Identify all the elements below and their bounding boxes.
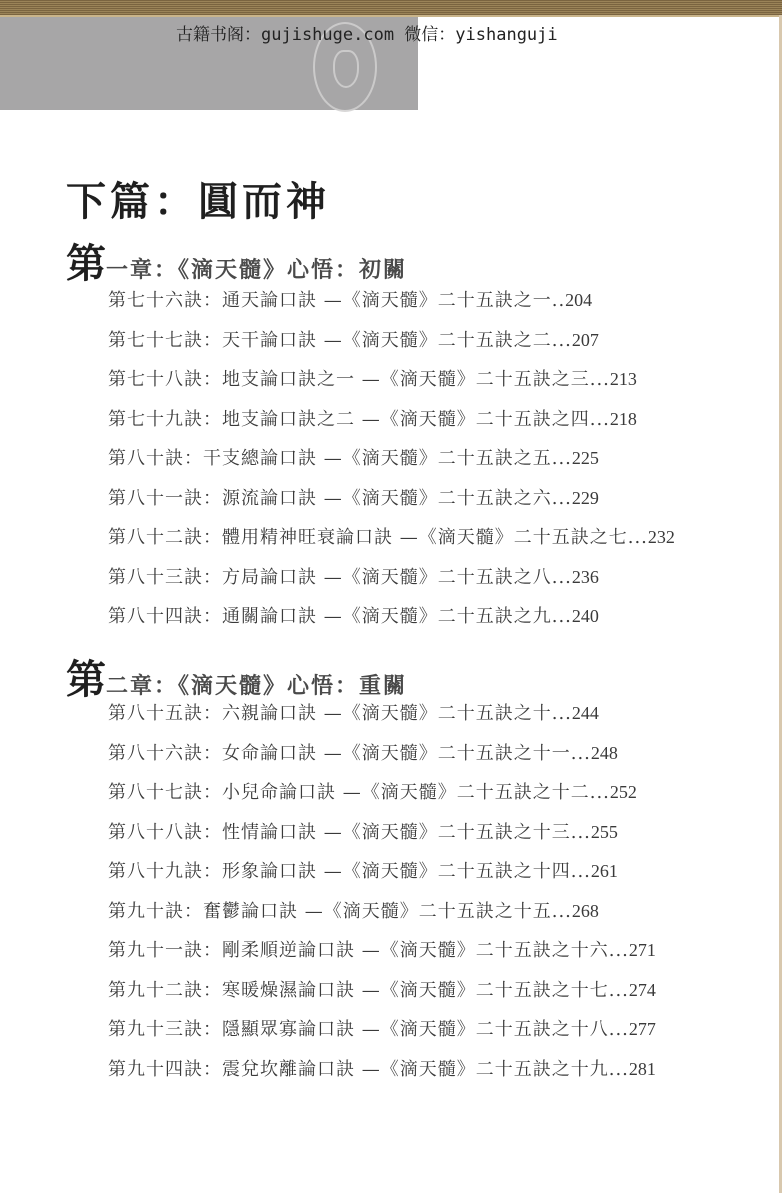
toc-entry[interactable]: 第七十六訣：通天論口訣 —《滴天髓》二十五訣之一..204 (108, 287, 675, 327)
toc-entry[interactable]: 第八十二訣：體用精神旺衰論口訣 —《滴天髓》二十五訣之七...232 (108, 524, 675, 564)
page-number: 281 (629, 1059, 656, 1079)
page-number: 277 (629, 1019, 656, 1039)
toc-entry[interactable]: 第八十四訣：通關論口訣 —《滴天髓》二十五訣之九...240 (108, 603, 675, 643)
page-number: 255 (591, 822, 618, 842)
chapter-title: 一章：《滴天髓》心悟：初關 (106, 257, 407, 283)
toc-entry[interactable]: 第九十二訣：寒暖燥濕論口訣 —《滴天髓》二十五訣之十七...274 (108, 977, 656, 1017)
toc-entry[interactable]: 第九十三訣：隱顯眾寡論口訣 —《滴天髓》二十五訣之十八...277 (108, 1016, 656, 1056)
chapter-title: 二章：《滴天髓》心悟：重關 (106, 673, 407, 699)
page-number: 274 (629, 980, 656, 1000)
toc-entry[interactable]: 第八十八訣：性情論口訣 —《滴天髓》二十五訣之十三...255 (108, 819, 656, 859)
chapter-heading: 第一章：《滴天髓》心悟：初關 (66, 232, 407, 289)
toc-entry[interactable]: 第八十五訣：六親論口訣 —《滴天髓》二十五訣之十...244 (108, 700, 656, 740)
part-title: 下篇：圓而神 (66, 170, 330, 227)
toc-entry[interactable]: 第九十訣：奮鬱論口訣 —《滴天髓》二十五訣之十五...268 (108, 898, 656, 938)
toc-list: 第七十六訣：通天論口訣 —《滴天髓》二十五訣之一..204 第七十七訣：天干論口… (108, 287, 675, 643)
page-number: 236 (572, 567, 599, 587)
toc-list: 第八十五訣：六親論口訣 —《滴天髓》二十五訣之十...244 第八十六訣：女命論… (108, 700, 656, 1095)
toc-entry[interactable]: 第八十三訣：方局論口訣 —《滴天髓》二十五訣之八...236 (108, 564, 675, 604)
chapter-heading: 第二章：《滴天髓》心悟：重關 (66, 648, 407, 705)
toc-entry[interactable]: 第八十九訣：形象論口訣 —《滴天髓》二十五訣之十四...261 (108, 858, 656, 898)
page-number: 229 (572, 488, 599, 508)
page-number: 225 (572, 448, 599, 468)
toc-entry[interactable]: 第七十九訣：地支論口訣之二 —《滴天髓》二十五訣之四...218 (108, 406, 675, 446)
top-decorative-border (0, 0, 782, 17)
page-number: 261 (591, 861, 618, 881)
page-number: 268 (572, 901, 599, 921)
page-number: 218 (610, 409, 637, 429)
toc-entry[interactable]: 第八十七訣：小兒命論口訣 —《滴天髓》二十五訣之十二...252 (108, 779, 656, 819)
toc-entry[interactable]: 第七十八訣：地支論口訣之一 —《滴天髓》二十五訣之三...213 (108, 366, 675, 406)
page-number: 244 (572, 703, 599, 723)
toc-entry[interactable]: 第九十四訣：震兌坎離論口訣 —《滴天髓》二十五訣之十九...281 (108, 1056, 656, 1096)
page-number: 240 (572, 606, 599, 626)
chapter-initial: 第 (66, 240, 106, 287)
page-number: 207 (572, 330, 599, 350)
page-number: 204 (565, 290, 592, 310)
toc-entry[interactable]: 第八十一訣：源流論口訣 —《滴天髓》二十五訣之六...229 (108, 485, 675, 525)
page-number: 252 (610, 782, 637, 802)
toc-entry[interactable]: 第八十訣：干支總論口訣 —《滴天髓》二十五訣之五...225 (108, 445, 675, 485)
toc-entry[interactable]: 第九十一訣：剛柔順逆論口訣 —《滴天髓》二十五訣之十六...271 (108, 937, 656, 977)
page-number: 232 (648, 527, 675, 547)
toc-entry[interactable]: 第七十七訣：天干論口訣 —《滴天髓》二十五訣之二...207 (108, 327, 675, 367)
toc-entry[interactable]: 第八十六訣：女命論口訣 —《滴天髓》二十五訣之十一...248 (108, 740, 656, 780)
page-number: 271 (629, 940, 656, 960)
page-number: 213 (610, 369, 637, 389)
chapter-initial: 第 (66, 656, 106, 703)
page-number: 248 (591, 743, 618, 763)
watermark-text: 古籍书阁：gujishuge.com 微信：yishanguji (176, 20, 558, 45)
